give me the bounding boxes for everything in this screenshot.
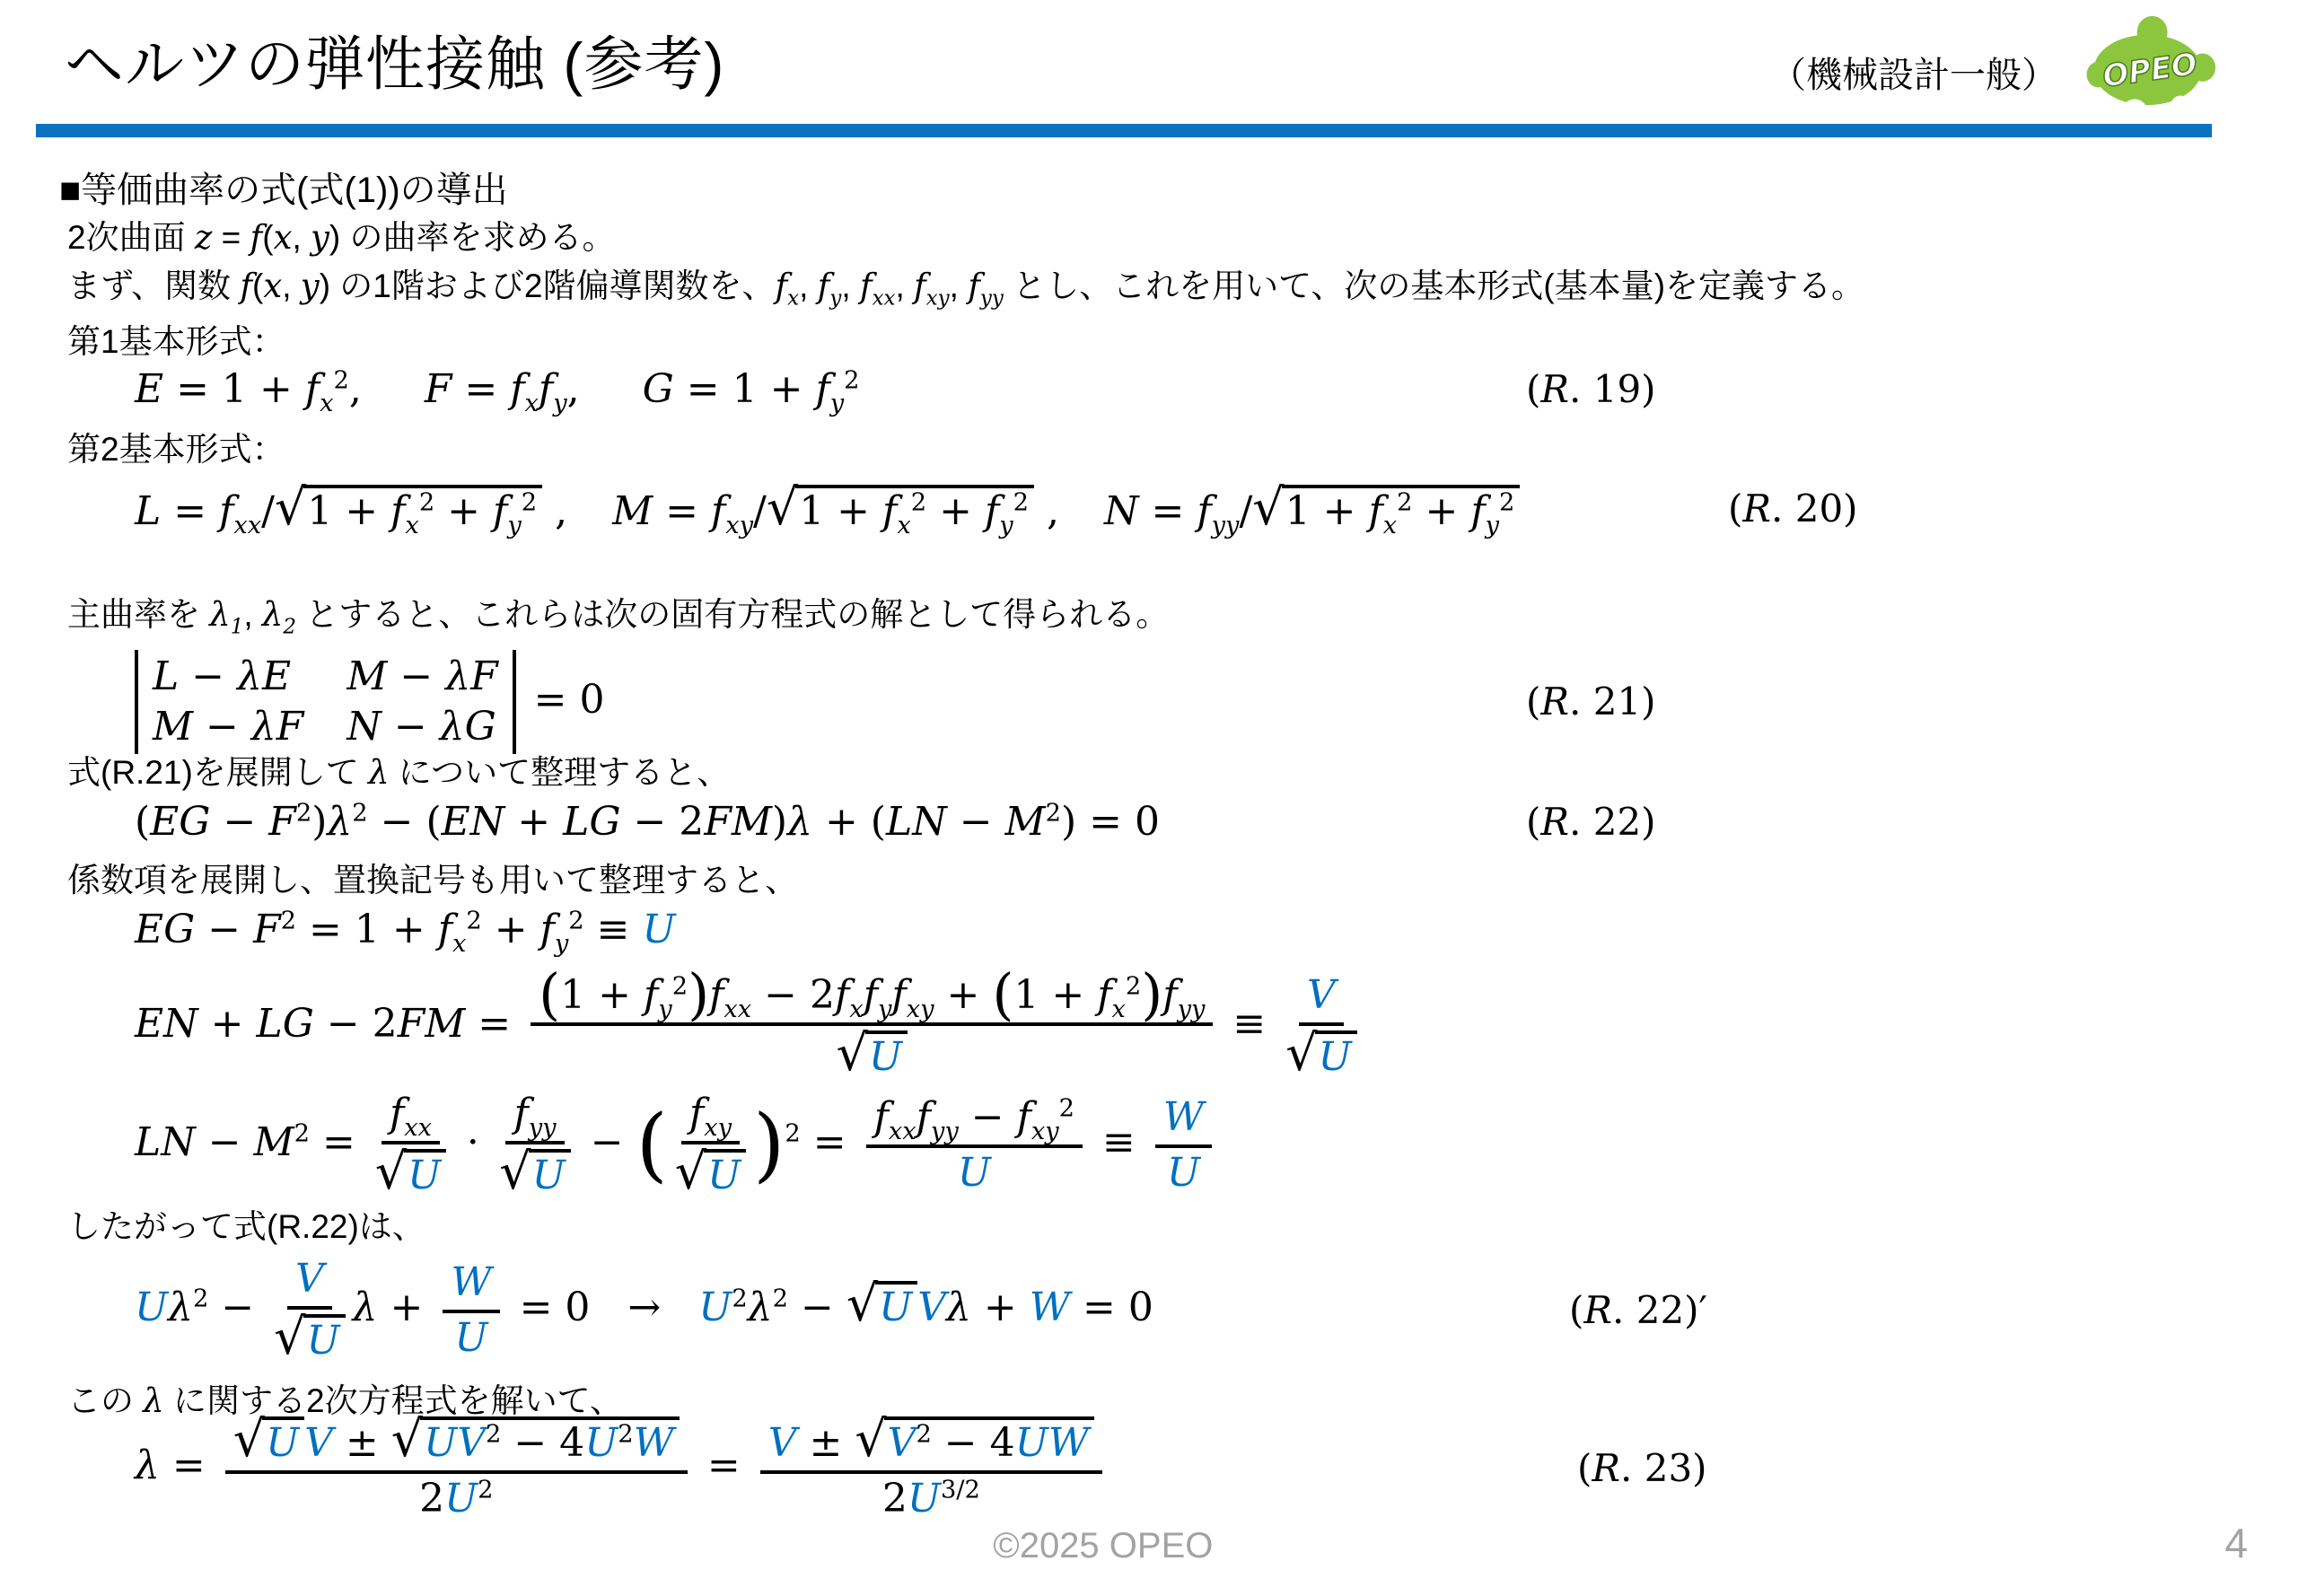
derivation-heading: ■等価曲率の式(式(1))の導出 — [0, 162, 2289, 213]
opeo-logo-icon: OPEO — [2079, 9, 2221, 117]
body-line-expand-r21: 式(R.21)を展開して λ について整理すると、 — [0, 752, 2289, 794]
footer-copyright: ©2025 OPEO — [993, 1526, 1213, 1566]
equation-u-definition: EG − F2 = 1 + fx2 + fy2 ≡ U — [0, 908, 2289, 951]
equation-w-definition: LN − M2 = fxx√U ⋅ fyy√U − (fxy√U)2 = fxx… — [0, 1093, 2289, 1197]
body-line-principal-curvature: 主曲率を λ1, λ2 とすると、これらは次の固有方程式の解として得られる。 — [0, 594, 2289, 636]
equation-r22: (EG − F2)λ2 − (EN + LG − 2FM)λ + (LN − M… — [0, 801, 2289, 844]
equation-r22-prime: Uλ2 − V√Uλ + WU = 0→U2λ2 − √UVλ + W = 0 … — [0, 1258, 2289, 1362]
body-line-surface: 2次曲面 z = f(x, y) の曲率を求める。 — [0, 217, 2289, 259]
title-rule — [36, 124, 2212, 137]
equation-tag-r19: (R. 19) — [1526, 369, 1656, 410]
equation-v-definition: EN + LG − 2FM = (1 + fy2)fxx − 2fxfyfxy … — [0, 975, 2289, 1078]
equation-tag-r20: (R. 20) — [1728, 488, 1858, 530]
equation-r19: E = 1 + fx2,F = fxfy,G = 1 + fy2 (R. 19) — [0, 368, 2289, 411]
header-subtitle: （機械設計一般） — [1770, 47, 2057, 98]
body-line-derivatives: まず、関数 f(x, y) の1階および2階偏導関数を、fx, fy, fxx,… — [0, 266, 2289, 307]
equation-r20: L = fxx/√1 + fx2 + fy2 ,M = fxy/√1 + fx2… — [0, 485, 2289, 533]
equation-r23: λ = √UV ± √UV2 − 4U2W2U2 = V ± √V2 − 4UW… — [0, 1416, 2289, 1520]
body-line-therefore: したがって式(R.22)は、 — [0, 1206, 2289, 1248]
equation-tag-r22: (R. 22) — [1526, 802, 1656, 843]
equation-tag-r21: (R. 21) — [1526, 681, 1656, 723]
equation-r21: L − λEM − λFM − λFN − λG = 0 (R. 21) — [0, 650, 2289, 754]
equation-tag-r23: (R. 23) — [1577, 1448, 1707, 1489]
equation-tag-r22-prime: (R. 22)′ — [1569, 1290, 1707, 1331]
page-title: ヘルツの弾性接触 (参考) — [65, 16, 724, 101]
page-number: 4 — [2224, 1519, 2248, 1567]
body-line-substitution: 係数項を展開し、置換記号も用いて整理すると、 — [0, 860, 2289, 901]
slide: ヘルツの弾性接触 (参考) （機械設計一般） OPEO ■等価曲率の式(式(1)… — [0, 0, 2298, 1596]
label-first-fundamental-form: 第1基本形式： — [0, 321, 2289, 363]
label-second-fundamental-form: 第2基本形式： — [0, 429, 2289, 470]
